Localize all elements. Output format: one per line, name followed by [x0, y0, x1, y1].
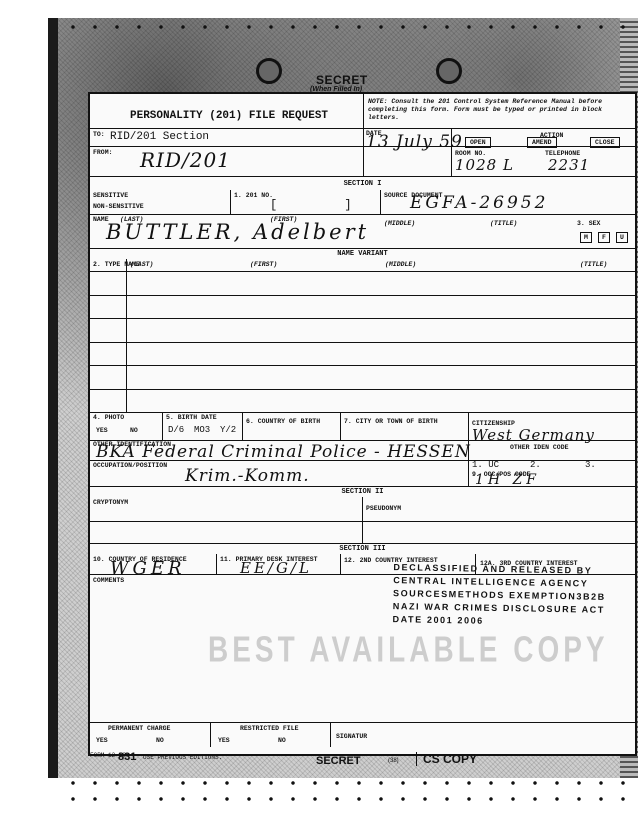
iden-code-3: 3.: [585, 460, 596, 470]
country-of-residence-value: WGER: [110, 558, 186, 579]
to-value: RID/201 Section: [110, 131, 209, 143]
name-variant-row: [90, 365, 635, 390]
perforation-dots-bottom-1: [62, 780, 628, 786]
other-iden-code-label: OTHER IDEN CODE: [510, 444, 569, 451]
scanned-document: SECRET (When Filled In) PERSONALITY (201…: [48, 18, 638, 778]
variant-last-label: (Last): [130, 261, 153, 268]
name-variant-row: [90, 295, 635, 320]
name-variant-row: [90, 389, 635, 414]
name-variant-row: [90, 271, 635, 296]
telephone-value: 2231: [548, 156, 590, 174]
punch-hole-right-icon: [436, 58, 462, 84]
occupation-value: Krim.-Komm.: [185, 466, 310, 486]
photo-label: 4. PHOTO: [93, 414, 124, 421]
name-variant-row: [90, 342, 635, 367]
variant-first-label: (First): [250, 261, 277, 268]
cryptonym-label: CRYPTONYM: [93, 499, 128, 506]
name-variant-row: [90, 318, 635, 343]
201-no-value: [ ]: [270, 198, 382, 212]
classification-bottom: SECRET: [316, 755, 361, 767]
title-label: (Title): [490, 220, 517, 227]
city-of-birth-label: 7. CITY OR TOWN OF BIRTH: [344, 418, 438, 425]
birth-day: D/6: [168, 425, 184, 435]
iden-code-2: 2.: [530, 460, 541, 470]
sex-unknown-checkbox[interactable]: U: [616, 232, 628, 243]
middle-label: (Middle): [384, 220, 415, 227]
restricted-file-yes[interactable]: YES: [218, 737, 230, 744]
scan-left-edge: [48, 18, 58, 778]
cs-copy-label: CS COPY: [416, 752, 477, 766]
occ-pos-code-value: 1H ZF: [475, 472, 540, 488]
action-close[interactable]: CLOSE: [590, 137, 620, 148]
name-value: BUTTLER, Adelbert: [106, 220, 369, 244]
variant-title-label: (Title): [580, 261, 607, 268]
action-open[interactable]: OPEN: [465, 137, 491, 148]
declassification-stamp: DECLASSIFIED AND RELEASED BY CENTRAL INT…: [392, 561, 606, 630]
form-code: (38): [388, 758, 399, 764]
best-available-copy-watermark: BEST AVAILABLE COPY: [208, 629, 609, 671]
variant-middle-label: (Middle): [385, 261, 416, 268]
section-2-header: SECTION II: [90, 488, 635, 496]
non-sensitive-checkbox[interactable]: NON-SENSITIVE: [93, 203, 144, 210]
signature-label: SIGNATUR: [336, 733, 367, 740]
action-amend[interactable]: AMEND: [527, 137, 557, 148]
birth-month: MO3: [194, 425, 210, 435]
permanent-charge-yes[interactable]: YES: [96, 737, 108, 744]
other-identification-value: BKA Federal Criminal Police - HESSEN: [96, 442, 471, 462]
201-no-label: 1. 201 NO.: [234, 192, 273, 199]
sex-male-checkbox[interactable]: M: [580, 232, 592, 243]
form-number: 831: [118, 751, 136, 763]
birth-date-label: 5. BIRTH DATE: [166, 414, 217, 421]
comments-label: COMMENTS: [93, 577, 124, 584]
date-value: 13 July 59: [366, 132, 463, 152]
room-value: 1028 L: [455, 156, 514, 174]
primary-desk-value: EE/G/L: [240, 559, 312, 577]
source-document-value: EGFA-26952: [410, 193, 548, 213]
country-of-birth-label: 6. COUNTRY OF BIRTH: [246, 418, 320, 425]
occupation-label: OCCUPATION/POSITION: [93, 462, 167, 469]
previous-editions-note: USE PREVIOUS EDITIONS.: [143, 754, 222, 761]
permanent-charge-no[interactable]: NO: [156, 737, 164, 744]
section-1-header: SECTION I: [90, 180, 635, 188]
iden-code-1: 1. UC: [472, 460, 499, 470]
sensitive-checkbox[interactable]: SENSITIVE: [93, 192, 128, 199]
permanent-charge-label: PERMANENT CHARGE: [108, 725, 170, 732]
restricted-file-label: RESTRICTED FILE: [240, 725, 299, 732]
sex-label: 3. SEX: [577, 220, 600, 227]
restricted-file-no[interactable]: NO: [278, 737, 286, 744]
section-3-header: SECTION III: [90, 545, 635, 553]
name-variant-header: NAME VARIANT: [90, 250, 635, 258]
photo-yes-checkbox[interactable]: YES: [96, 427, 108, 434]
birth-year: Y/2: [220, 425, 236, 435]
from-value: RID/201: [140, 148, 231, 172]
from-label: FROM:: [93, 149, 113, 156]
pseudonym-label: PSEUDONYM: [366, 505, 401, 512]
to-label: TO:: [93, 131, 105, 138]
instruction-note: NOTE: Consult the 201 Control System Ref…: [368, 98, 633, 122]
sex-female-checkbox[interactable]: F: [598, 232, 610, 243]
form-title: PERSONALITY (201) FILE REQUEST: [130, 110, 328, 122]
perforation-dots-bottom-2: [62, 796, 628, 802]
punch-hole-left-icon: [256, 58, 282, 84]
perforation-dots-top: [62, 24, 628, 30]
photo-no-checkbox[interactable]: NO: [130, 427, 138, 434]
classification-top: SECRET: [316, 73, 368, 87]
